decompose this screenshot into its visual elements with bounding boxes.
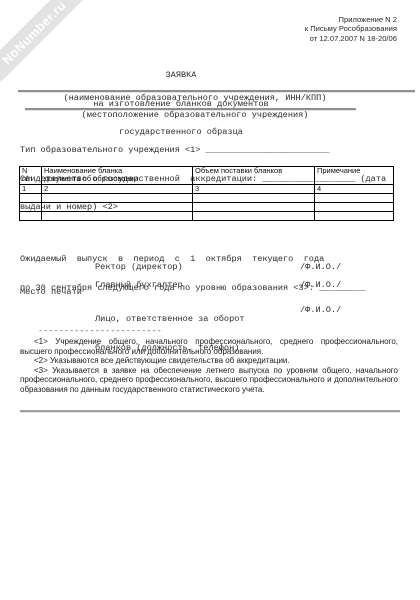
table-header-row: N п/п Наименование бланка документа об о… xyxy=(20,167,394,185)
table-cell-empty xyxy=(193,203,315,212)
footnote-2: <2> Указываются все действующие свидетел… xyxy=(20,356,398,366)
appendix-line-1: Приложение N 2 xyxy=(305,15,397,24)
chief-accountant-fio-placeholder: /Ф.И.О./ xyxy=(300,281,341,291)
stamp-place-note: Место печати xyxy=(20,288,82,298)
responsible-person-fio-placeholder: /Ф.И.О./ xyxy=(300,306,341,316)
table-cell-empty xyxy=(315,203,394,212)
org-location-caption: (местоположение образовательного учрежде… xyxy=(20,111,370,121)
appendix-line-2: к Письму Рособразования xyxy=(305,24,397,33)
numbering-cell-1: 1 xyxy=(20,185,42,194)
responsible-person-line-1: Лицо, ответственное за оборот xyxy=(95,315,245,325)
rector-label: Ректор (директор) xyxy=(95,263,183,273)
org-name-blank-line xyxy=(18,90,415,92)
table-row xyxy=(20,203,394,212)
col-header-number: N п/п xyxy=(20,167,42,185)
table-cell-empty xyxy=(193,212,315,221)
table-cell-empty xyxy=(315,194,394,203)
numbering-cell-4: 4 xyxy=(315,185,394,194)
footnote-1: <1> Учреждение общего, начального профес… xyxy=(20,337,398,356)
col-header-supply-volume: Объем поставки бланков xyxy=(193,167,315,185)
table-row xyxy=(20,212,394,221)
footnote-separator: ------------------------ xyxy=(38,327,162,337)
numbering-cell-3: 3 xyxy=(193,185,315,194)
footnote-3: <3> Указывается в заявке на обеспечение … xyxy=(20,366,398,395)
table-cell-empty xyxy=(193,194,315,203)
table-cell-empty xyxy=(20,212,42,221)
org-name-caption: (наименование образовательного учреждени… xyxy=(20,94,370,104)
col-header-note: Примечание xyxy=(315,167,394,185)
institution-type-line: Тип образовательного учреждения <1> ____… xyxy=(20,146,386,156)
column-numbering-row: 1 2 3 4 xyxy=(20,185,394,194)
footnotes-block: <1> Учреждение общего, начального профес… xyxy=(20,337,398,395)
document-page: NoNumber.ru Приложение N 2 к Письму Росо… xyxy=(0,0,420,600)
rector-fio-placeholder: /Ф.И.О./ xyxy=(300,263,341,273)
chief-accountant-label: Главный бухгалтер xyxy=(95,281,183,291)
table-cell-empty xyxy=(20,203,42,212)
table-cell-empty xyxy=(42,212,193,221)
table-row xyxy=(20,194,394,203)
appendix-header: Приложение N 2 к Письму Рособразования о… xyxy=(305,15,397,43)
table-cell-empty xyxy=(315,212,394,221)
bottom-divider xyxy=(20,410,400,412)
table-cell-empty xyxy=(42,203,193,212)
table-cell-empty xyxy=(20,194,42,203)
numbering-cell-2: 2 xyxy=(42,185,193,194)
blanks-order-table: N п/п Наименование бланка документа об о… xyxy=(19,166,394,221)
table-cell-empty xyxy=(42,194,193,203)
title-line-1: ЗАЯВКА xyxy=(20,71,342,81)
appendix-line-3: от 12.07.2007 N 18-20/06 xyxy=(305,34,397,43)
col-header-blank-name: Наименование бланка документа об образов… xyxy=(42,167,193,185)
